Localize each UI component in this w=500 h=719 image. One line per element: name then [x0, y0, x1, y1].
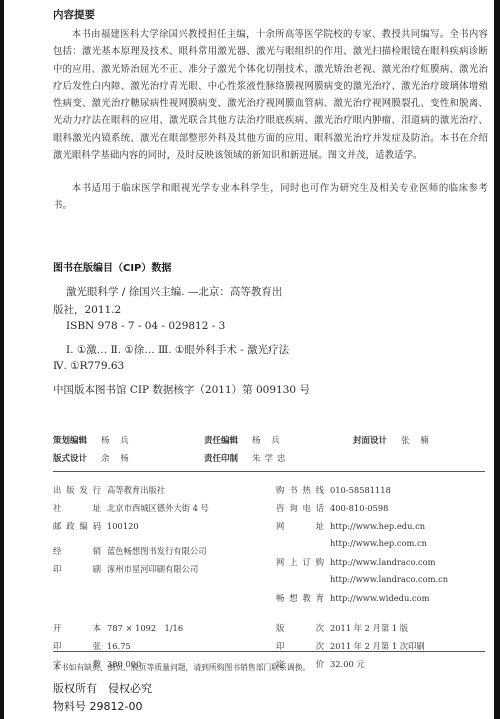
pub-label: 印 刷	[53, 563, 101, 575]
pub-distributor: 经 销蓝色畅想图书发行有限公司	[53, 545, 207, 557]
credit-value: 朱学忠	[252, 452, 290, 464]
pub-postcode: 邮政编码100120	[53, 520, 139, 532]
credit-value: 余 杨	[101, 452, 133, 464]
credit-value: 杨 兵	[252, 434, 284, 446]
pub-website-1: 网 址http://www.hep.edu.cn	[276, 520, 425, 532]
pub-online-order-2: http://www.landraco.com.cn	[276, 574, 448, 584]
credit-value: 张 楠	[401, 434, 433, 446]
cip-classification-number: Ⅳ. ①R779.63	[53, 360, 124, 372]
credit-print-supervisor: 责任印制朱学忠	[204, 452, 290, 464]
credit-label: 策划编辑	[53, 434, 101, 446]
pub-address: 社 址北京市西城区德外大街 4 号	[53, 502, 209, 514]
scan-border-left	[0, 0, 4, 719]
summary-paragraph-1: 本书由福建医科大学徐国兴教授担任主编，十余所高等医学院校的专家、教授共同编写。全…	[53, 26, 488, 164]
pub-label: 出版发行	[53, 484, 101, 496]
pub-value: 北京市西城区德外大街 4 号	[107, 502, 209, 514]
pub-online-order-1: 网上订购http://www.landraco.com	[276, 556, 435, 568]
spec-label: 开 本	[53, 622, 101, 634]
credit-value: 杨 兵	[101, 434, 133, 446]
pub-value: 400-810-0598	[330, 503, 388, 513]
divider-top	[53, 471, 485, 472]
credit-label: 封面设计	[353, 434, 401, 446]
pub-label: 邮政编码	[53, 520, 101, 532]
pub-value: 蓝色畅想图书发行有限公司	[107, 545, 207, 557]
credit-responsible-editor: 责任编辑杨 兵	[204, 434, 284, 446]
cip-isbn: ISBN 978 - 7 - 04 - 029812 - 3	[66, 320, 225, 332]
pub-value: 100120	[107, 521, 139, 531]
pub-label: 咨询电话	[276, 502, 324, 514]
pub-consult-phone: 咨询电话400-810-0598	[276, 502, 388, 514]
pub-value: 高等教育出版社	[107, 484, 165, 496]
pub-printer: 印 刷涿州市星河印刷有限公司	[53, 563, 198, 575]
material-number: 物料号 29812-00	[53, 698, 142, 714]
pub-hotline: 购书热线010-58581118	[276, 484, 391, 496]
credit-label: 责任印制	[204, 452, 252, 464]
cip-publisher-line: 版社，2011.2	[53, 302, 121, 317]
credit-layout-design: 版式设计余 杨	[53, 452, 133, 464]
quality-notice: 本书如有缺页、倒页、脱页等质量问题，请到所购图书销售部门联系调换。	[53, 662, 310, 673]
pub-widedu: 畅想教育http://www.widedu.com	[276, 592, 429, 604]
summary-paragraph-2: 本书适用于临床医学和眼视光学专业本科学生，同时也可作为研究生及相关专业医师的临床…	[53, 180, 488, 215]
pub-label: 购书热线	[276, 484, 324, 496]
copyright-notice: 版权所有 侵权必究	[53, 680, 152, 696]
pub-label: 畅想教育	[276, 592, 324, 604]
pub-link[interactable]: http://www.landraco.com	[330, 557, 435, 567]
spec-label: 版 次	[276, 622, 324, 634]
pub-link[interactable]: http://www.hep.edu.cn	[330, 521, 425, 531]
pub-value: 010-58581118	[330, 485, 391, 495]
pub-link[interactable]: http://www.hep.com.cn	[330, 538, 427, 548]
pub-label: 网 址	[276, 520, 324, 532]
spec-value: 787 × 1092 1/16	[107, 622, 183, 634]
pub-publisher: 出版发行高等教育出版社	[53, 484, 165, 496]
credit-label: 版式设计	[53, 452, 101, 464]
credit-label: 责任编辑	[204, 434, 252, 446]
credit-cover-design: 封面设计张 楠	[353, 434, 433, 446]
cip-classification: Ⅰ. ①激… Ⅱ. ①徐… Ⅲ. ①眼外科手术 - 激光疗法	[66, 342, 289, 357]
pub-label: 网上订购	[276, 556, 324, 568]
pub-link[interactable]: http://www.widedu.com	[330, 593, 429, 603]
pub-label: 社 址	[53, 502, 101, 514]
spec-format: 开 本787 × 1092 1/16	[53, 622, 183, 634]
divider-bottom	[53, 651, 485, 652]
cip-heading: 图书在版编目（CIP）数据	[53, 259, 171, 274]
pub-label: 经 销	[53, 545, 101, 557]
scan-border-right	[494, 0, 500, 719]
spec-value: 2011 年 2 月第 1 版	[330, 622, 408, 634]
spec-value: 16.75	[107, 641, 131, 651]
pub-website-2: http://www.hep.com.cn	[276, 538, 427, 548]
cip-title-line: 激光眼科学 / 徐国兴主编. —北京：高等教育出	[66, 284, 282, 299]
spec-edition: 版 次2011 年 2 月第 1 版	[276, 622, 408, 634]
cip-record-number: 中国版本图书馆 CIP 数据核字（2011）第 009130 号	[53, 382, 310, 397]
pub-value: 涿州市星河印刷有限公司	[107, 563, 198, 575]
pub-link[interactable]: http://www.landraco.com.cn	[330, 574, 448, 584]
credit-planning-editor: 策划编辑杨 兵	[53, 434, 133, 446]
summary-heading: 内容提要	[53, 7, 95, 22]
spec-value: 32.00 元	[330, 658, 365, 670]
